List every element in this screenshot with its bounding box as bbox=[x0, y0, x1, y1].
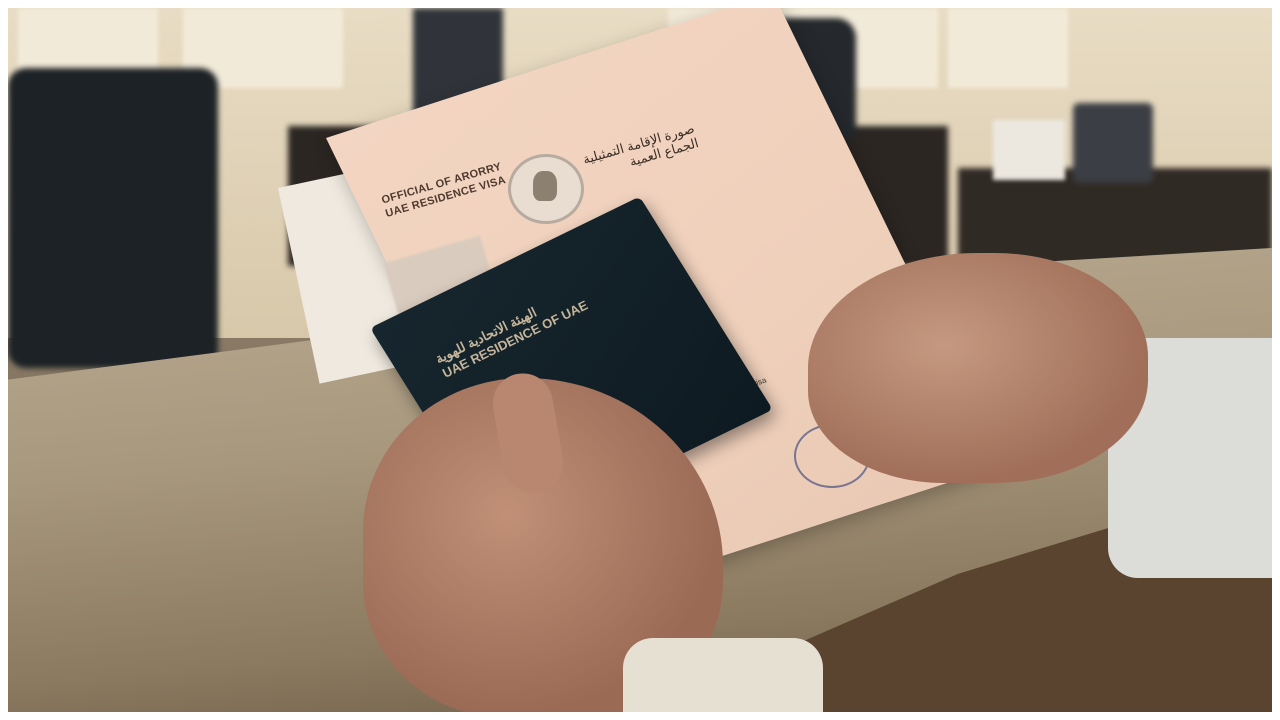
emblem-icon bbox=[508, 154, 584, 224]
photo-frame: OFFICIAL OF ARORRY UAE RESIDENCE VISA صو… bbox=[8, 8, 1272, 712]
window bbox=[948, 8, 1068, 88]
right-hand bbox=[808, 253, 1148, 483]
sleeve-left bbox=[623, 638, 823, 712]
tissue-box bbox=[993, 120, 1065, 180]
desk-items bbox=[1073, 103, 1153, 183]
office-chair-left bbox=[8, 68, 218, 368]
